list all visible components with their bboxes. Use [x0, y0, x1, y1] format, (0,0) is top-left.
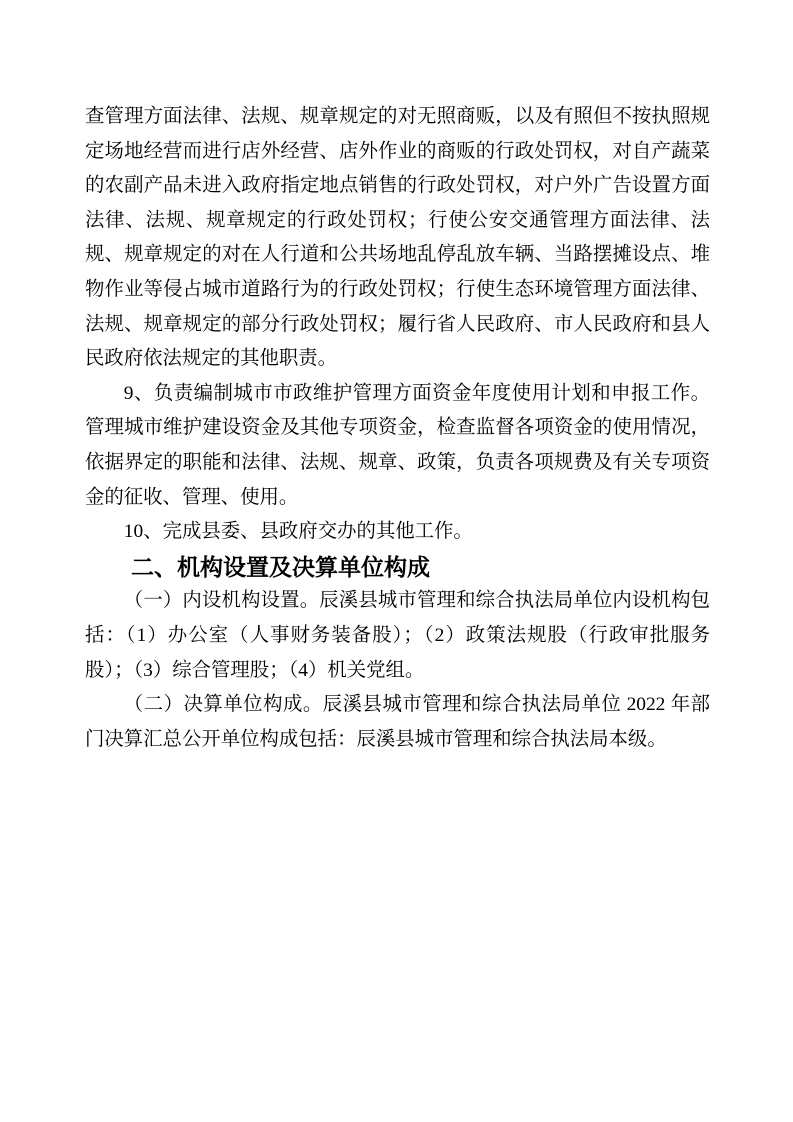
document-page: 查管理方面法律、法规、规章规定的对无照商贩，以及有照但不按执照规定场地经营而进行… [0, 0, 793, 1122]
document-text-block: 查管理方面法律、法规、规章规定的对无照商贩，以及有照但不按执照规定场地经营而进行… [85, 100, 710, 757]
paragraph-duty-item-9: 9、负责编制城市市政维护管理方面资金年度使用计划和申报工作。管理城市维护建设资金… [85, 377, 710, 515]
paragraph-duty-item-10: 10、完成县委、县政府交办的其他工作。 [85, 515, 710, 550]
paragraph-unit-composition: （二）决算单位构成。辰溪县城市管理和综合执法局单位 2022 年部门决算汇总公开… [85, 688, 710, 757]
paragraph-duties-continuation: 查管理方面法律、法规、规章规定的对无照商贩，以及有照但不按执照规定场地经营而进行… [85, 100, 710, 377]
paragraph-internal-structure: （一）内设机构设置。辰溪县城市管理和综合执法局单位内设机构包括：（1）办公室（人… [85, 584, 710, 688]
section-heading-organization-setup: 二、机构设置及决算单位构成 [85, 550, 710, 585]
